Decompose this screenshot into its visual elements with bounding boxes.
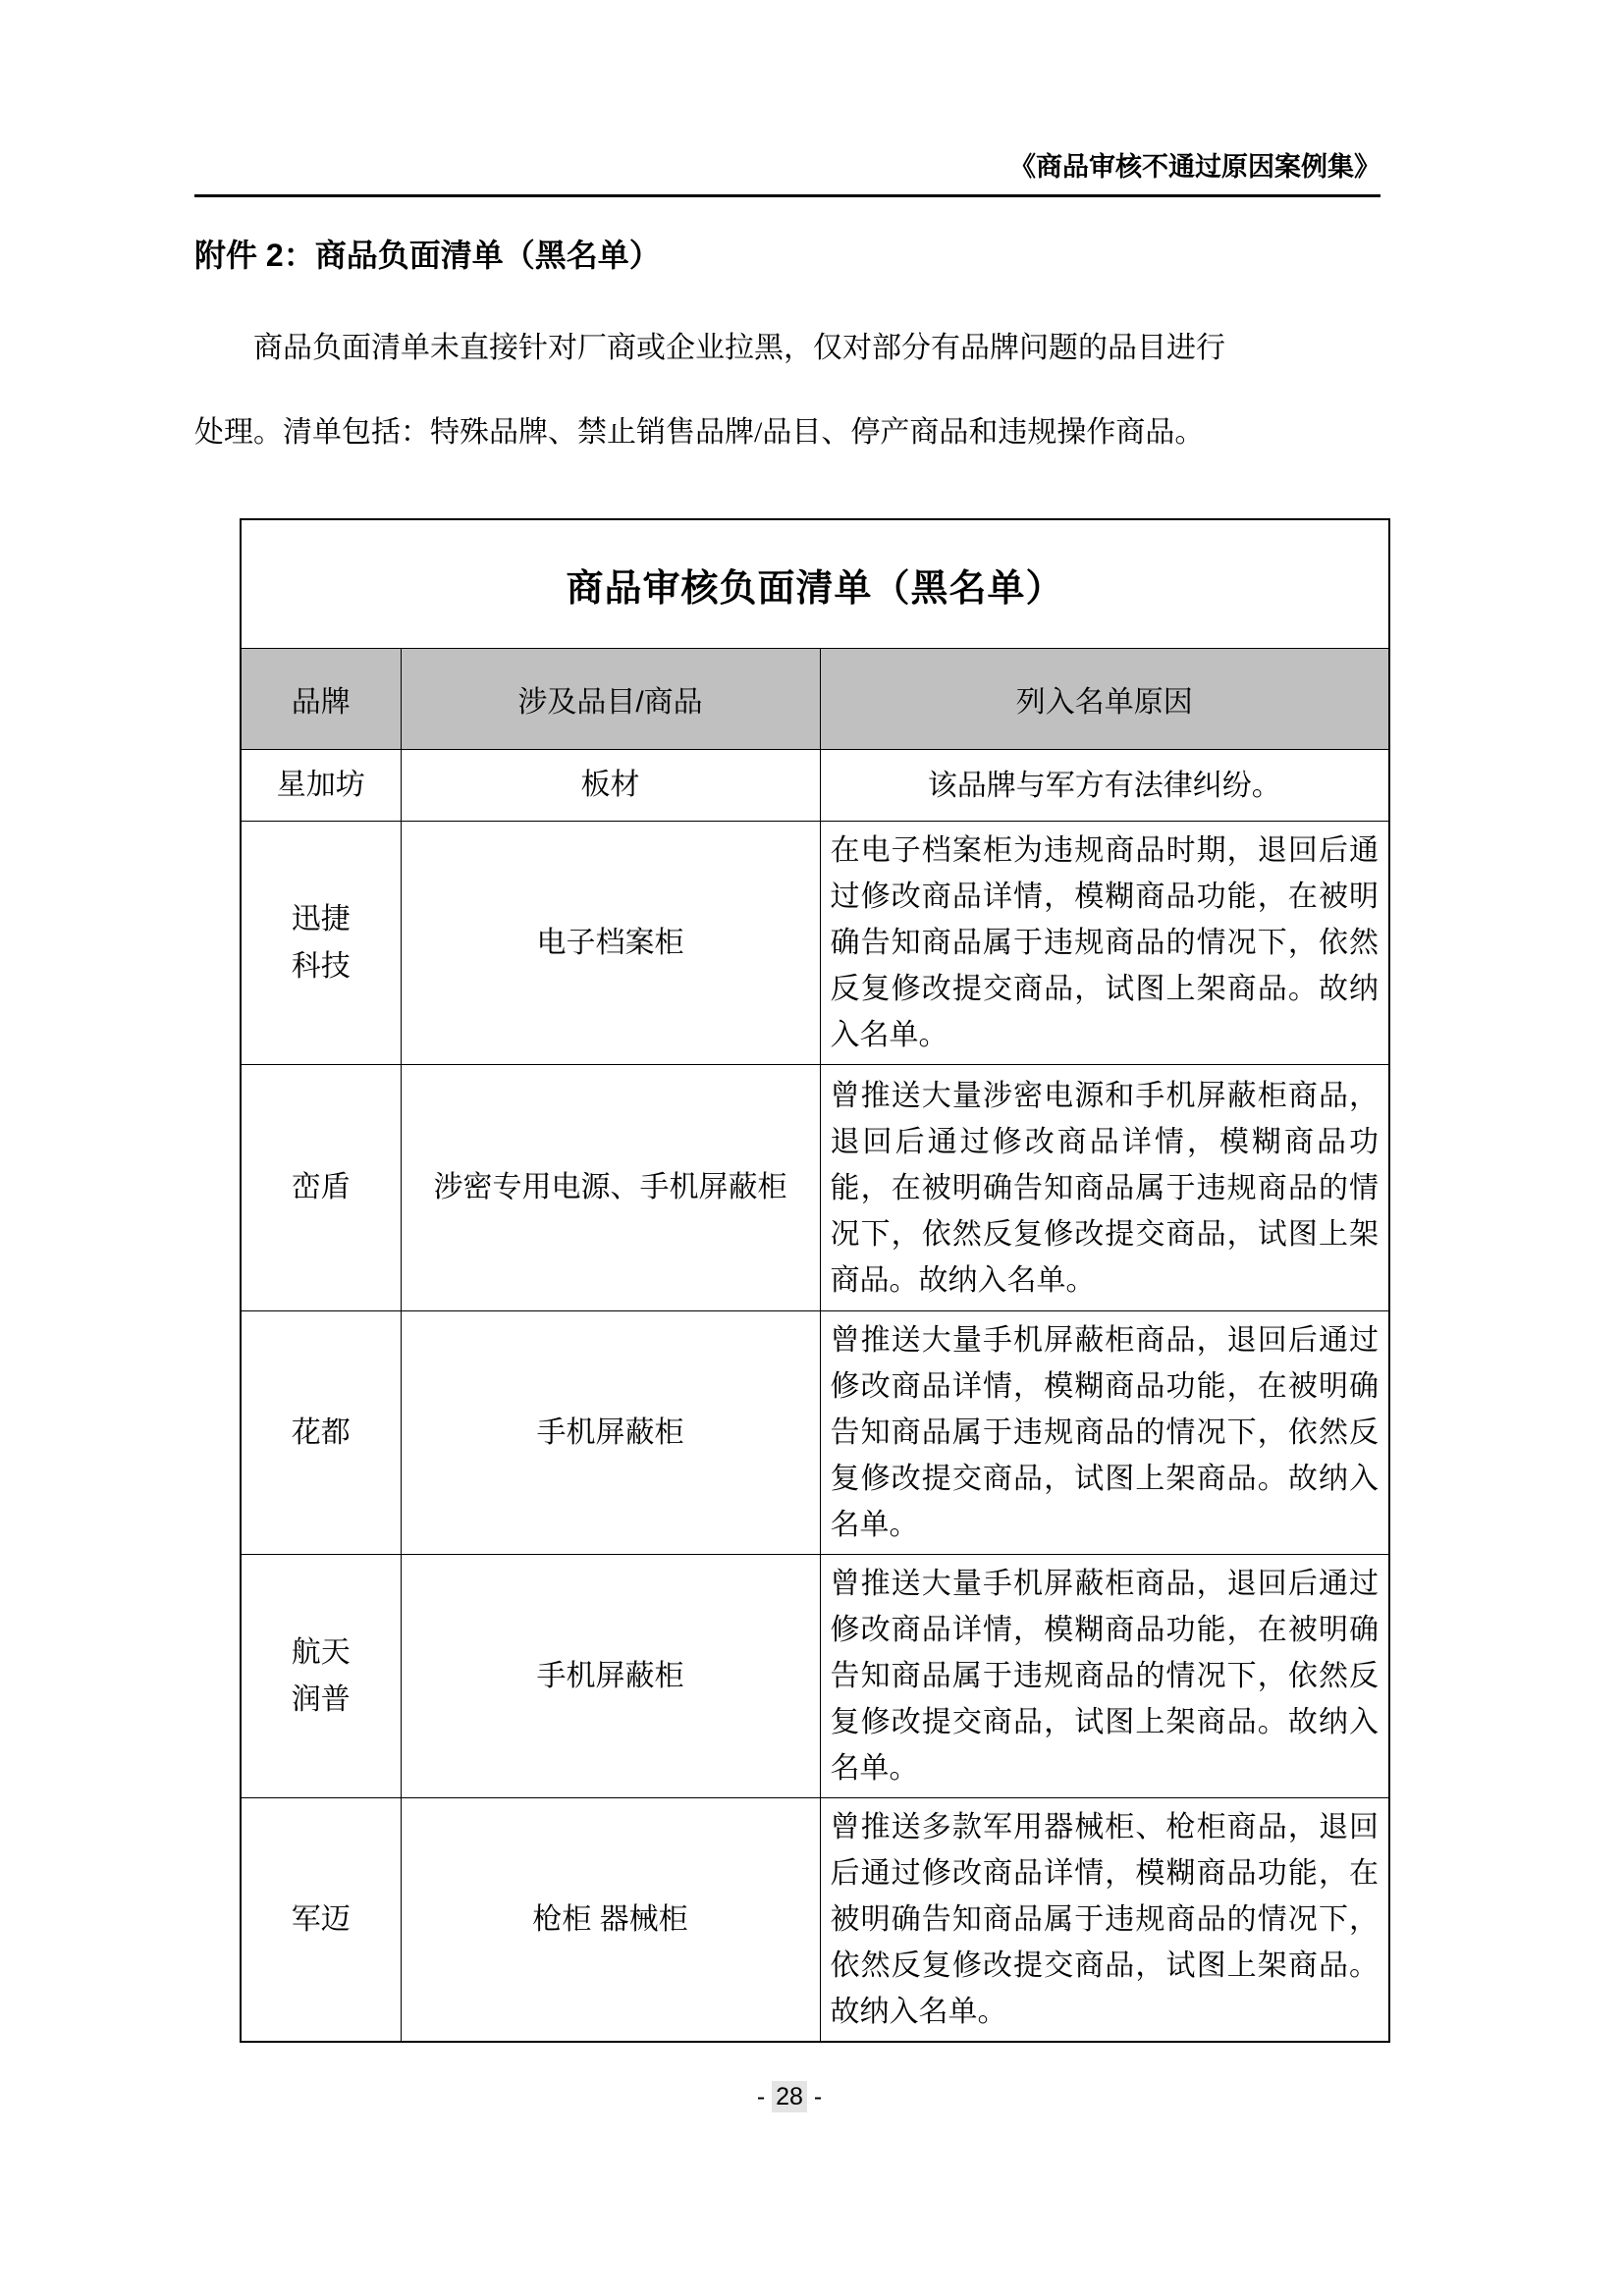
running-header: 《商品审核不通过原因案例集》 xyxy=(194,149,1380,197)
reason-cell: 曾推送大量涉密电源和手机屏蔽柜商品，退回后通过修改商品详情，模糊商品功能，在被明… xyxy=(820,1065,1389,1311)
page-number: 28 xyxy=(772,2081,807,2112)
table-title: 商品审核负面清单（黑名单） xyxy=(241,519,1389,649)
footer-dash-left: - xyxy=(757,2083,772,2110)
reason-cell: 曾推送大量手机屏蔽柜商品，退回后通过修改商品详情，模糊商品功能，在被明确告知商品… xyxy=(820,1311,1389,1555)
table-title-row: 商品审核负面清单（黑名单） xyxy=(241,519,1389,649)
brand-cell: 迅捷 科技 xyxy=(241,822,401,1065)
reason-cell: 曾推送大量手机屏蔽柜商品，退回后通过修改商品详情，模糊商品功能，在被明确告知商品… xyxy=(820,1555,1389,1798)
document-page: 《商品审核不通过原因案例集》 附件 2：商品负面清单（黑名单） 商品负面清单未直… xyxy=(0,0,1624,2296)
category-cell: 涉密专用电源、手机屏蔽柜 xyxy=(401,1065,820,1311)
table-row: 峦盾 涉密专用电源、手机屏蔽柜 曾推送大量涉密电源和手机屏蔽柜商品，退回后通过修… xyxy=(241,1065,1389,1311)
column-header-reason: 列入名单原因 xyxy=(820,649,1389,750)
table-row: 花都 手机屏蔽柜 曾推送大量手机屏蔽柜商品，退回后通过修改商品详情，模糊商品功能… xyxy=(241,1311,1389,1555)
reason-cell: 在电子档案柜为违规商品时期，退回后通过修改商品详情，模糊商品功能，在被明确告知商… xyxy=(820,822,1389,1065)
reason-cell: 该品牌与军方有法律纠纷。 xyxy=(820,750,1389,822)
category-cell: 板材 xyxy=(401,750,820,822)
intro-paragraph: 商品负面清单未直接针对厂商或企业拉黑，仅对部分有品牌问题的品目进行 处理。清单包… xyxy=(194,306,1384,475)
table-header-row: 品牌 涉及品目/商品 列入名单原因 xyxy=(241,649,1389,750)
brand-cell: 航天 润普 xyxy=(241,1555,401,1798)
table-row: 星加坊 板材 该品牌与军方有法律纠纷。 xyxy=(241,750,1389,822)
brand-cell: 花都 xyxy=(241,1311,401,1555)
column-header-category: 涉及品目/商品 xyxy=(401,649,820,750)
column-header-brand: 品牌 xyxy=(241,649,401,750)
category-cell: 手机屏蔽柜 xyxy=(401,1311,820,1555)
reason-cell: 曾推送多款军用器械柜、枪柜商品，退回后通过修改商品详情，模糊商品功能，在被明确告… xyxy=(820,1798,1389,2043)
table-row: 军迈 枪柜 器械柜 曾推送多款军用器械柜、枪柜商品，退回后通过修改商品详情，模糊… xyxy=(241,1798,1389,2043)
attachment-title: 附件 2：商品负面清单（黑名单） xyxy=(194,234,1380,277)
category-cell: 枪柜 器械柜 xyxy=(401,1798,820,2043)
running-header-title: 《商品审核不通过原因案例集》 xyxy=(1009,152,1380,182)
page-footer: - 28 - xyxy=(194,2077,1384,2116)
footer-dash-right: - xyxy=(807,2083,822,2110)
category-cell: 手机屏蔽柜 xyxy=(401,1555,820,1798)
brand-cell: 军迈 xyxy=(241,1798,401,2043)
brand-cell: 星加坊 xyxy=(241,750,401,822)
blacklist-table: 商品审核负面清单（黑名单） 品牌 涉及品目/商品 列入名单原因 星加坊 板材 该… xyxy=(240,518,1390,2043)
brand-cell: 峦盾 xyxy=(241,1065,401,1311)
category-cell: 电子档案柜 xyxy=(401,822,820,1065)
table-row: 迅捷 科技 电子档案柜 在电子档案柜为违规商品时期，退回后通过修改商品详情，模糊… xyxy=(241,822,1389,1065)
table-row: 航天 润普 手机屏蔽柜 曾推送大量手机屏蔽柜商品，退回后通过修改商品详情，模糊商… xyxy=(241,1555,1389,1798)
